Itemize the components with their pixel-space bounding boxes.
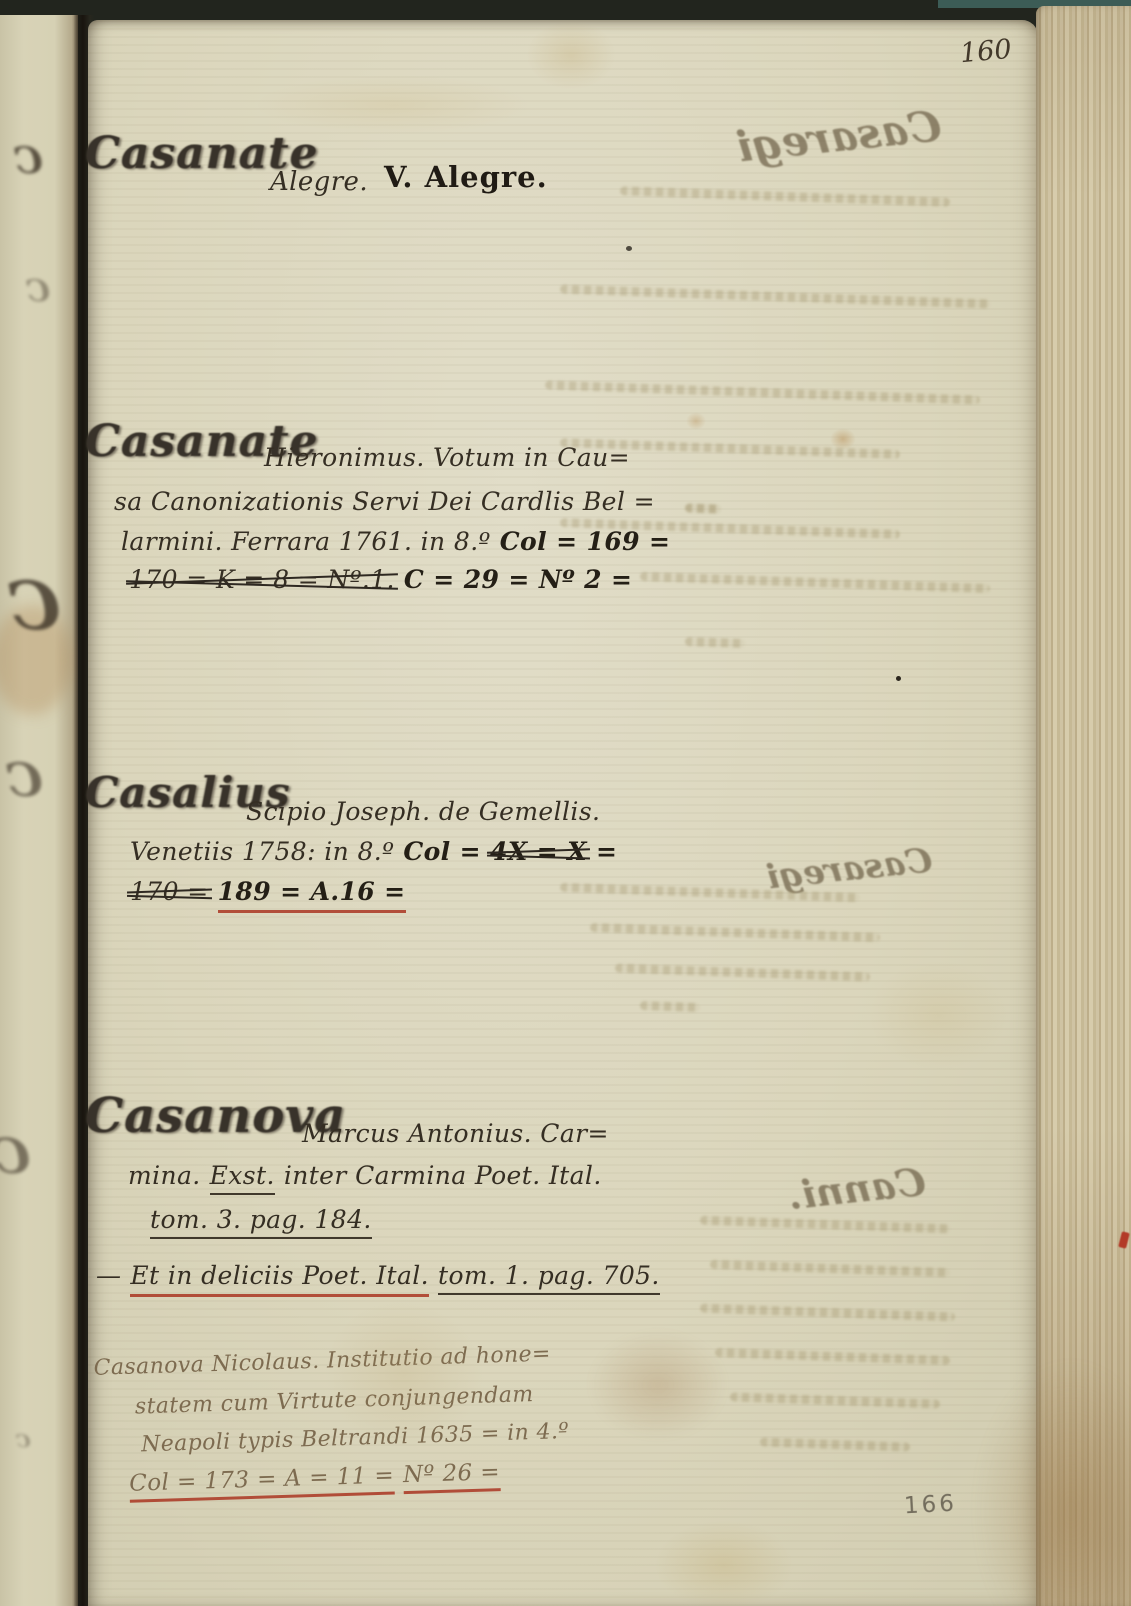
shelfmark: 189 = A.16 = bbox=[218, 878, 406, 913]
entry-text-line: Marcus Antonius. Car= bbox=[302, 1120, 609, 1149]
facing-page-edge: C C C C C C bbox=[0, 15, 78, 1606]
show-through-heading-middle: Casaregi bbox=[765, 843, 934, 894]
show-through-line bbox=[715, 1348, 950, 1365]
show-through-heading-top: Casaregi bbox=[734, 105, 943, 168]
entry-text-line: Venetiis 1758: in 8.º Col = 4X = X = bbox=[130, 838, 617, 867]
entry-text: inter Carmina Poet. Ital. bbox=[284, 1162, 602, 1191]
show-through-line bbox=[560, 284, 990, 308]
struck-shelfmark: 4X = X bbox=[490, 838, 587, 867]
ink-speck bbox=[626, 246, 632, 251]
entry-text-line: 170 = K = 8 = Nº.1. C = 29 = Nº 2 = bbox=[129, 566, 632, 595]
show-through-mark bbox=[685, 637, 745, 648]
show-through-line bbox=[590, 923, 880, 942]
page-edge-letter-fragment: C bbox=[26, 277, 50, 307]
paper-stain bbox=[868, 960, 1008, 1070]
red-underlined-text: Et in deliciis Poet. Ital. bbox=[130, 1262, 429, 1297]
folio-number-top: 160 bbox=[959, 34, 1013, 69]
struck-shelfmark: 170 = bbox=[130, 878, 209, 907]
citation-text: tom. 3. pag. 184. bbox=[150, 1206, 372, 1239]
entry-text-line: Scipio Joseph. de Gemellis. bbox=[246, 798, 600, 827]
page-edge-letter-fragment: C bbox=[0, 1133, 30, 1181]
page-edge-letter-fragment: C bbox=[14, 143, 43, 179]
dash: — bbox=[96, 1262, 121, 1291]
page-edge-letter-fragment: C bbox=[16, 1433, 30, 1451]
entry-text-line: Casanova Nicolaus. Institutio ad hone= bbox=[93, 1341, 551, 1381]
shelfmark: = bbox=[596, 838, 617, 867]
entry-cross-reference: V. Alegre. bbox=[384, 160, 548, 194]
entry-text-line: larmini. Ferrara 1761. in 8.º Col = 169 … bbox=[121, 528, 670, 557]
ink-speck bbox=[896, 676, 901, 681]
show-through-line bbox=[620, 186, 950, 207]
manuscript-page: 160 Casanate Alegre. V. Alegre. Casanate… bbox=[88, 20, 1038, 1606]
show-through-line bbox=[730, 1392, 940, 1408]
paper-stain bbox=[254, 75, 534, 135]
entry-text-line: 170 = 189 = A.16 = bbox=[130, 878, 406, 913]
show-through-line bbox=[615, 964, 870, 982]
show-through-line bbox=[545, 380, 980, 404]
paper-stain bbox=[686, 412, 706, 430]
shelfmark: Nº 26 = bbox=[403, 1459, 501, 1494]
paper-stain bbox=[526, 20, 616, 90]
entry-text-line: — Et in deliciis Poet. Ital. tom. 1. pag… bbox=[96, 1262, 660, 1297]
entry-text-line: sa Canonizationis Servi Dei Cardlis Bel … bbox=[114, 488, 655, 517]
show-through-heading-bottom: Canni. bbox=[786, 1163, 927, 1215]
shelfmark: Col = bbox=[403, 838, 481, 867]
entry-text: mina. bbox=[128, 1162, 201, 1191]
entry-text-line: Neapoli typis Beltrandi 1635 = in 4.º bbox=[141, 1419, 570, 1458]
entry-text-line: Col = 173 = A = 11 = Nº 26 = bbox=[129, 1459, 501, 1503]
show-through-line bbox=[700, 1216, 950, 1234]
shelfmark: C = 29 = Nº 2 = bbox=[404, 566, 633, 595]
show-through-line bbox=[640, 572, 990, 593]
citation-text: tom. 1. pag. 705. bbox=[438, 1262, 660, 1295]
manuscript-scan: C C C C C C 160 Casanate Alegre. V. Aleg… bbox=[0, 0, 1131, 1606]
entry-author: Alegre. bbox=[270, 168, 368, 198]
shelfmark: Col = 169 = bbox=[500, 528, 671, 557]
paper-stain bbox=[654, 1520, 794, 1606]
show-through-mark bbox=[640, 1001, 700, 1012]
entry-text-line: mina. Exst. inter Carmina Poet. Ital. bbox=[128, 1162, 602, 1195]
struck-shelfmark: 170 = K = 8 = Nº.1. bbox=[129, 566, 395, 595]
show-through-line bbox=[760, 1437, 910, 1451]
show-through-line bbox=[700, 1304, 955, 1322]
entry-text-line: statem cum Virtute conjungendam bbox=[135, 1382, 534, 1420]
show-through-line bbox=[710, 1260, 950, 1277]
imprint-text: Venetiis 1758: in 8.º bbox=[130, 838, 394, 867]
catalog-entry-casanova-nicolaus: Casanova Nicolaus. Institutio ad hone= s… bbox=[85, 1332, 731, 1542]
show-through-mark bbox=[685, 503, 721, 513]
imprint-text: larmini. Ferrara 1761. in 8.º bbox=[121, 528, 491, 557]
shelfmark: Col = 173 = A = 11 = bbox=[129, 1462, 395, 1503]
entry-text-line: Hieronimus. Votum in Cau= bbox=[264, 444, 630, 473]
folio-number-bottom: 166 bbox=[903, 1491, 957, 1520]
underlined-text: Exst. bbox=[210, 1162, 275, 1195]
page-edge-letter-fragment: C bbox=[6, 757, 43, 803]
fore-edge-stain bbox=[975, 1360, 1131, 1606]
page-edge-letter-fragment: C bbox=[8, 573, 61, 639]
